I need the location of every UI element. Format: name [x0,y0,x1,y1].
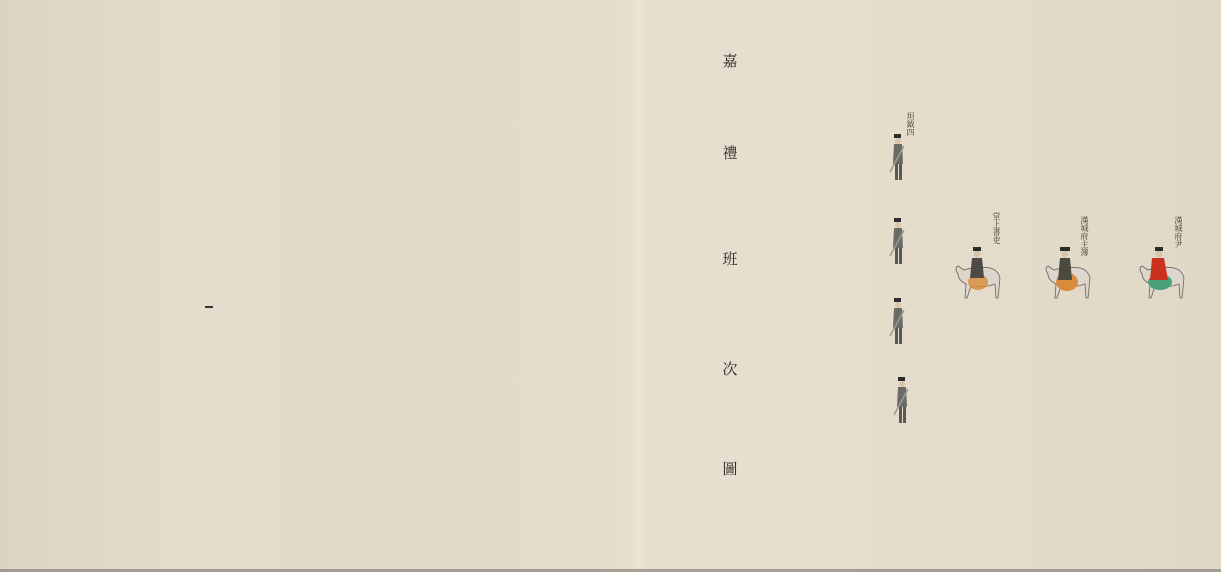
rider1-label: 堂上書吏 [992,212,1001,244]
title-char-1: 嘉 [715,50,745,71]
page-gutter [632,0,647,572]
guard-figure-icon [892,377,912,425]
guard-figure-icon [888,298,908,346]
guards-label: 坦鉞四 [906,112,915,136]
mounted-official-icon [950,244,1005,304]
mounted-official-icon [1040,244,1095,304]
left-page-blank [0,0,632,572]
title-char-2: 禮 [715,142,745,163]
title-char-4: 次 [715,358,745,379]
title-char-3: 班 [715,248,745,269]
guard-figure-icon [888,134,908,182]
title-char-5: 圖 [715,458,745,479]
ink-speck [205,306,213,308]
scanned-document-spread: 嘉 禮 班 次 圖 坦鉞四 堂上書吏 漢城府主簿 漢城府尹 [0,0,1221,572]
mounted-official-icon [1134,244,1189,304]
guard-figure-icon [888,218,908,266]
